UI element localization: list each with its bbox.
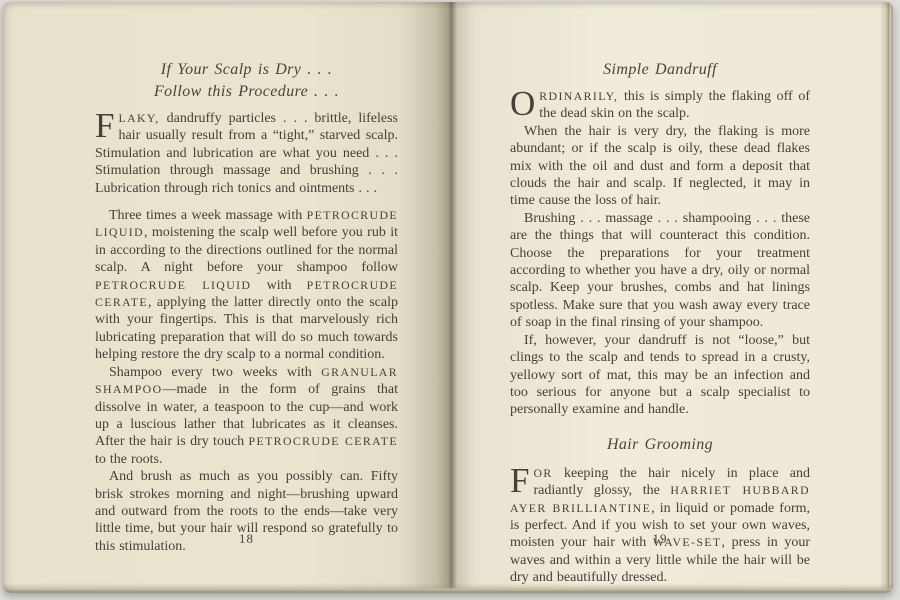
- right-page: Simple DandruffORDINARILY, this is simpl…: [448, 2, 893, 593]
- open-book: If Your Scalp is Dry . . .Follow this Pr…: [3, 2, 893, 593]
- section-heading: Hair Grooming: [510, 434, 810, 456]
- paragraph: When the hair is very dry, the flaking i…: [510, 123, 810, 210]
- drop-cap: F: [95, 110, 118, 140]
- paragraph: Brushing . . . massage . . . shampooing …: [510, 210, 810, 332]
- paragraph: Three times a week massage with PETROCRU…: [95, 207, 398, 364]
- body-text: with: [251, 278, 306, 293]
- body-text: When the hair is very dry, the flaking i…: [510, 124, 810, 209]
- body-text: Three times a week massage with: [109, 208, 307, 223]
- section-heading-line: Hair Grooming: [510, 434, 810, 456]
- section-heading-line: Follow this Procedure . . .: [95, 81, 398, 103]
- right-page-number: 19: [510, 531, 810, 547]
- paragraph: FLAKY, dandruffy particles . . . brittle…: [95, 110, 398, 197]
- left-page-text: If Your Scalp is Dry . . .Follow this Pr…: [95, 59, 398, 555]
- body-text: to the roots.: [95, 452, 163, 467]
- product-name-caps: PETROCRUDE CERATE: [249, 434, 399, 448]
- drop-cap: F: [510, 465, 533, 495]
- body-text: Brushing . . . massage . . . shampooing …: [510, 211, 810, 330]
- product-name-caps: RDINARILY,: [539, 89, 618, 103]
- paragraph: Shampoo every two weeks with GRANULAR SH…: [95, 364, 398, 468]
- drop-cap: O: [510, 88, 539, 118]
- right-page-text: Simple DandruffORDINARILY, this is simpl…: [510, 59, 810, 587]
- left-page-number: 18: [95, 531, 398, 547]
- product-name-caps: PETROCRUDE LIQUID: [95, 278, 251, 292]
- body-text: If, however, your dandruff is not “loose…: [510, 333, 810, 418]
- product-name-caps: LAKY,: [118, 111, 159, 125]
- paragraph: If, however, your dandruff is not “loose…: [510, 332, 810, 419]
- page-stack-edge-right: [880, 2, 893, 593]
- section-heading: If Your Scalp is Dry . . .Follow this Pr…: [95, 59, 398, 103]
- paragraph: ORDINARILY, this is simply the flaking o…: [510, 88, 810, 123]
- paragraph: FOR keeping the hair nicely in place and…: [510, 465, 810, 587]
- product-name-caps: OR: [533, 466, 552, 480]
- section-heading-line: If Your Scalp is Dry . . .: [95, 59, 398, 81]
- left-page: If Your Scalp is Dry . . .Follow this Pr…: [3, 2, 448, 593]
- page-stack-edge-bottom: [3, 583, 893, 593]
- section-heading-line: Simple Dandruff: [510, 59, 810, 81]
- body-text: Shampoo every two weeks with: [109, 365, 321, 380]
- section-heading: Simple Dandruff: [510, 59, 810, 81]
